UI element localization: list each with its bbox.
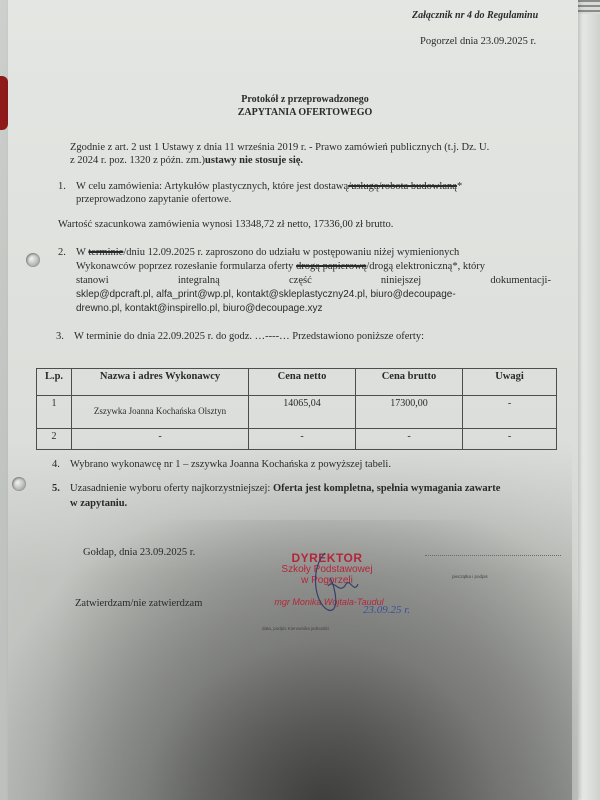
cell-brutto: 17300,00 bbox=[356, 396, 463, 429]
point1-text: W celu zamówienia: Artykułów plastycznyc… bbox=[76, 181, 348, 192]
intro-line2: z 2024 r. poz. 1320 z późn. zm.)ustawy n… bbox=[70, 154, 303, 168]
point2-w: W bbox=[76, 247, 86, 258]
page-title: ZAPYTANIA OFERTOWEGO bbox=[200, 106, 410, 119]
word: stanowi bbox=[76, 274, 109, 288]
point3-text: W terminie do dnia 22.09.2025 r. do godz… bbox=[74, 330, 424, 344]
cell-name: - bbox=[72, 429, 249, 450]
point4-number: 4. bbox=[52, 458, 60, 472]
intro-line1: Zgodnie z art. 2 ust 1 Ustawy z dnia 11 … bbox=[70, 141, 489, 155]
point2-line2: Wykonawców poprzez rozesłanie formularza… bbox=[76, 260, 485, 274]
point5-number: 5. bbox=[52, 482, 60, 496]
word: część bbox=[289, 274, 312, 288]
point2-line1-rest: /dniu 12.09.2025 r. zaproszono do udział… bbox=[123, 247, 459, 258]
offers-table: L.p. Nazwa i adres Wykonawcy Cena netto … bbox=[36, 368, 557, 450]
col-name: Nazwa i adres Wykonawcy bbox=[72, 369, 249, 396]
handwritten-signature bbox=[300, 548, 370, 618]
point3-number: 3. bbox=[56, 330, 64, 344]
header-place-date: Pogorzel dnia 23.09.2025 r. bbox=[420, 35, 536, 49]
cell-name: Zszywka Joanna Kochańska Olsztyn bbox=[72, 396, 249, 429]
point5-plain: Uzasadnienie wyboru oferty najkorzystnie… bbox=[70, 483, 270, 494]
point5-line1: Uzasadnienie wyboru oferty najkorzystnie… bbox=[70, 482, 500, 496]
cell-netto: 14065,04 bbox=[249, 396, 356, 429]
point4-text: Wybrano wykonawcę nr 1 – zszywka Joanna … bbox=[70, 458, 391, 472]
table-row: 1 Zszywka Joanna Kochańska Olsztyn 14065… bbox=[37, 396, 557, 429]
cell-netto: - bbox=[249, 429, 356, 450]
estimate-value: Wartość szacunkowa zamówienia wynosi 133… bbox=[58, 218, 393, 232]
col-netto: Cena netto bbox=[249, 369, 356, 396]
signature-caption-right: pieczątka i podpis bbox=[452, 570, 488, 584]
red-object-edge bbox=[0, 76, 8, 130]
signature-caption-left: data, podpis Kierownika jednostki bbox=[262, 622, 329, 636]
point1-number: 1. bbox=[58, 180, 66, 194]
table-header-row: L.p. Nazwa i adres Wykonawcy Cena netto … bbox=[37, 369, 557, 396]
cell-lp: 1 bbox=[37, 396, 72, 429]
word: dokumentacji- bbox=[490, 274, 551, 288]
point2-struck-term: terminie bbox=[88, 247, 123, 258]
word: integralną bbox=[178, 274, 220, 288]
emails-line2: drewno.pl, kontakt@inspirello.pl, biuro@… bbox=[76, 302, 323, 316]
point1-line2: przeprowadzono zapytanie ofertowe. bbox=[76, 193, 231, 207]
cell-uwagi: - bbox=[463, 429, 557, 450]
emails-line1: sklep@dpcraft.pl, alfa_print@wp.pl, kont… bbox=[76, 288, 456, 302]
signature-line bbox=[425, 555, 561, 556]
point2-line2-struck: drogą papierową bbox=[296, 261, 366, 272]
cell-uwagi: - bbox=[463, 396, 557, 429]
point5-line2: w zapytaniu. bbox=[70, 497, 127, 511]
point5-bold: Oferta jest kompletna, spełnia wymagania… bbox=[273, 483, 500, 494]
punch-hole-bottom bbox=[12, 477, 26, 491]
point2-line3: stanowi integralną część niniejszej doku… bbox=[76, 274, 551, 288]
point2-line2-rest: /drogą elektroniczną*, który bbox=[366, 261, 485, 272]
table-row: 2 - - - - bbox=[37, 429, 557, 450]
intro-line2-bold: ustawy nie stosuje się. bbox=[205, 155, 303, 166]
cell-lp: 2 bbox=[37, 429, 72, 450]
handwritten-date: 23.09.25 r. bbox=[363, 604, 410, 616]
point2-line1: W terminie/dniu 12.09.2025 r. zaproszono… bbox=[76, 246, 459, 260]
attachment-label: Załącznik nr 4 do Regulaminu bbox=[412, 9, 538, 23]
footer-place-date: Gołdap, dnia 23.09.2025 r. bbox=[83, 546, 195, 560]
cell-brutto: - bbox=[356, 429, 463, 450]
punch-hole-top bbox=[26, 253, 40, 267]
title-line1: Protokół z przeprowadzonego bbox=[200, 93, 410, 106]
point2-number: 2. bbox=[58, 246, 66, 260]
point2-line2-plain: Wykonawców poprzez rozesłanie formularza… bbox=[76, 261, 293, 272]
word: niniejszej bbox=[381, 274, 421, 288]
col-uwagi: Uwagi bbox=[463, 369, 557, 396]
point1-struck: /usługą/robota budowlaną bbox=[348, 181, 457, 192]
point1-line1: W celu zamówienia: Artykułów plastycznyc… bbox=[76, 180, 462, 194]
intro-line2-plain: z 2024 r. poz. 1320 z późn. zm.) bbox=[70, 155, 205, 166]
col-brutto: Cena brutto bbox=[356, 369, 463, 396]
col-lp: L.p. bbox=[37, 369, 72, 396]
approve-label: Zatwierdzam/nie zatwierdzam bbox=[75, 597, 202, 611]
point1-mark: * bbox=[457, 181, 462, 192]
